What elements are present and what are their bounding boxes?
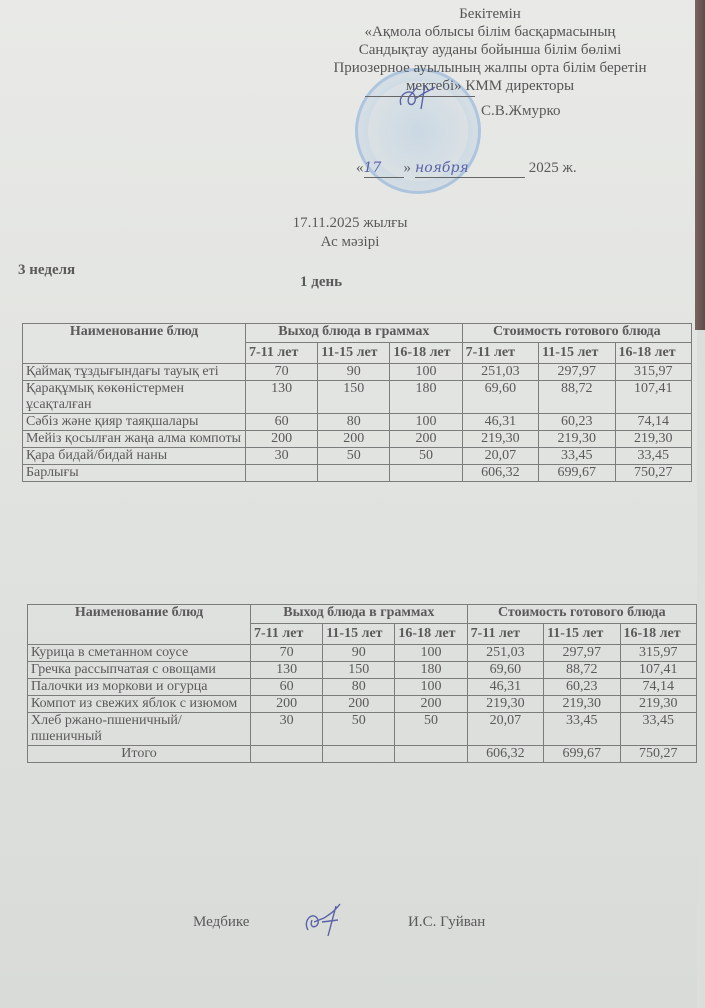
dish-name: Мейіз қосылған жаңа алма компоты	[23, 431, 246, 448]
approval-line: мектебі» КММ директоры	[280, 77, 700, 95]
table-row: Хлеб ржано-пшеничный/пшеничный30505020,0…	[28, 713, 697, 746]
column-header-price: Стоимость готового блюда	[467, 605, 696, 624]
total-price-cell: 699,67	[539, 465, 615, 482]
date-day-field: 17	[364, 160, 404, 178]
menu-table-kazakh: Наименование блюд Выход блюда в граммах …	[22, 323, 692, 482]
empty-cell	[395, 746, 467, 763]
price-cell: 60,23	[539, 414, 615, 431]
price-cell: 60,23	[544, 679, 620, 696]
price-cell: 219,30	[539, 431, 615, 448]
document-page	[0, 0, 697, 1008]
total-price-cell: 750,27	[620, 746, 696, 763]
weight-cell: 60	[251, 679, 323, 696]
price-cell: 107,41	[620, 662, 696, 679]
approval-line: «Ақмола облысы білім басқармасының	[280, 23, 700, 41]
weight-cell: 50	[323, 713, 395, 746]
weight-age-header: 11-15 лет	[323, 624, 395, 645]
price-cell: 297,97	[539, 364, 615, 381]
weight-cell: 80	[318, 414, 390, 431]
price-cell: 74,14	[620, 679, 696, 696]
price-age-header: 11-15 лет	[544, 624, 620, 645]
column-header-dish-name: Наименование блюд	[28, 605, 251, 645]
weight-cell: 130	[251, 662, 323, 679]
close-quote: »	[404, 160, 412, 176]
price-age-header: 7-11 лет	[467, 624, 543, 645]
weight-cell: 100	[395, 679, 467, 696]
total-label: Барлығы	[23, 465, 246, 482]
dish-name: Хлеб ржано-пшеничный/пшеничный	[28, 713, 251, 746]
nurse-signature-icon	[300, 900, 350, 940]
table-row: Гречка рассыпчатая с овощами13015018069,…	[28, 662, 697, 679]
weight-cell: 100	[390, 364, 462, 381]
price-cell: 20,07	[462, 448, 538, 465]
dish-name: Қарақұмық көкөністермен ұсақталған	[23, 381, 246, 414]
dish-name: Курица в сметанном соусе	[28, 645, 251, 662]
weight-cell: 70	[251, 645, 323, 662]
dish-name: Қаймақ тұздығындағы тауық еті	[23, 364, 246, 381]
director-signature-icon	[395, 83, 455, 111]
weight-cell: 90	[318, 364, 390, 381]
dish-name: Қара бидай/бидай наны	[23, 448, 246, 465]
table-row: Курица в сметанном соусе7090100251,03297…	[28, 645, 697, 662]
total-label: Итого	[28, 746, 251, 763]
weight-age-header: 11-15 лет	[318, 343, 390, 364]
weight-cell: 50	[395, 713, 467, 746]
weight-cell: 90	[323, 645, 395, 662]
price-age-header: 7-11 лет	[462, 343, 538, 364]
price-cell: 219,30	[620, 696, 696, 713]
dish-name: Гречка рассыпчатая с овощами	[28, 662, 251, 679]
total-price-cell: 606,32	[462, 465, 538, 482]
weight-cell: 150	[318, 381, 390, 414]
price-cell: 297,97	[544, 645, 620, 662]
director-signature-line	[365, 96, 475, 97]
weight-cell: 200	[318, 431, 390, 448]
price-cell: 33,45	[539, 448, 615, 465]
weight-cell: 70	[246, 364, 318, 381]
menu-date: 17.11.2025 жылғы	[200, 214, 500, 233]
weight-age-header: 16-18 лет	[395, 624, 467, 645]
table-row: Компот из свежих яблок с изюмом200200200…	[28, 696, 697, 713]
approval-date: «17»ноября 2025 ж.	[356, 160, 577, 178]
price-cell: 46,31	[467, 679, 543, 696]
open-quote: «	[356, 160, 364, 176]
menu-table-russian: Наименование блюд Выход блюда в граммах …	[27, 604, 697, 763]
weight-cell: 200	[395, 696, 467, 713]
weight-cell: 180	[390, 381, 462, 414]
weight-cell: 80	[323, 679, 395, 696]
week-label: 3 неделя	[18, 262, 75, 279]
approval-line: Сандықтау ауданы бойынша білім бөлімі	[280, 41, 700, 59]
column-header-weight: Выход блюда в граммах	[246, 324, 463, 343]
price-cell: 251,03	[467, 645, 543, 662]
column-header-dish-name: Наименование блюд	[23, 324, 246, 364]
total-row: Итого606,32699,67750,27	[28, 746, 697, 763]
menu-title: Ас мәзірі	[200, 233, 500, 252]
date-day-handwritten: 17	[364, 160, 382, 176]
title-block: 17.11.2025 жылғы Ас мәзірі	[200, 214, 500, 252]
dish-name: Компот из свежих яблок с изюмом	[28, 696, 251, 713]
date-year: 2025 ж.	[529, 160, 577, 176]
column-header-weight: Выход блюда в граммах	[251, 605, 468, 624]
day-label: 1 день	[300, 274, 342, 291]
price-cell: 315,97	[620, 645, 696, 662]
total-price-cell: 699,67	[544, 746, 620, 763]
date-month-field: ноября	[415, 160, 525, 178]
director-name: С.В.Жмурко	[481, 103, 560, 120]
nurse-label: Медбике	[193, 914, 249, 931]
weight-cell: 100	[390, 414, 462, 431]
price-cell: 219,30	[544, 696, 620, 713]
weight-cell: 30	[251, 713, 323, 746]
price-cell: 88,72	[539, 381, 615, 414]
empty-cell	[390, 465, 462, 482]
weight-cell: 200	[251, 696, 323, 713]
price-cell: 20,07	[467, 713, 543, 746]
weight-cell: 30	[246, 448, 318, 465]
price-cell: 46,31	[462, 414, 538, 431]
total-price-cell: 606,32	[467, 746, 543, 763]
price-age-header: 16-18 лет	[620, 624, 696, 645]
price-cell: 251,03	[462, 364, 538, 381]
weight-age-header: 7-11 лет	[251, 624, 323, 645]
dish-name: Сәбіз және қияр таяқшалары	[23, 414, 246, 431]
price-cell: 33,45	[544, 713, 620, 746]
empty-cell	[323, 746, 395, 763]
weight-cell: 130	[246, 381, 318, 414]
total-price-cell: 750,27	[615, 465, 691, 482]
total-row: Барлығы606,32699,67750,27	[23, 465, 692, 482]
price-cell: 219,30	[467, 696, 543, 713]
table-row: Қара бидай/бидай наны30505020,0733,4533,…	[23, 448, 692, 465]
weight-cell: 100	[395, 645, 467, 662]
price-cell: 74,14	[615, 414, 691, 431]
table-row: Қаймақ тұздығындағы тауық еті7090100251,…	[23, 364, 692, 381]
price-cell: 88,72	[544, 662, 620, 679]
weight-cell: 200	[246, 431, 318, 448]
price-cell: 69,60	[462, 381, 538, 414]
weight-cell: 180	[395, 662, 467, 679]
weight-cell: 200	[390, 431, 462, 448]
empty-cell	[246, 465, 318, 482]
weight-cell: 200	[323, 696, 395, 713]
price-cell: 219,30	[462, 431, 538, 448]
nurse-name: И.С. Гуйван	[408, 914, 485, 931]
price-age-header: 11-15 лет	[539, 343, 615, 364]
price-cell: 69,60	[467, 662, 543, 679]
table-row: Қарақұмық көкөністермен ұсақталған130150…	[23, 381, 692, 414]
weight-age-header: 7-11 лет	[246, 343, 318, 364]
weight-cell: 50	[390, 448, 462, 465]
column-header-price: Стоимость готового блюда	[462, 324, 691, 343]
weight-age-header: 16-18 лет	[390, 343, 462, 364]
price-cell: 33,45	[615, 448, 691, 465]
price-cell: 315,97	[615, 364, 691, 381]
weight-cell: 60	[246, 414, 318, 431]
price-age-header: 16-18 лет	[615, 343, 691, 364]
table-row: Мейіз қосылған жаңа алма компоты20020020…	[23, 431, 692, 448]
date-month-handwritten: ноября	[415, 160, 469, 176]
price-cell: 33,45	[620, 713, 696, 746]
empty-cell	[318, 465, 390, 482]
price-cell: 107,41	[615, 381, 691, 414]
weight-cell: 50	[318, 448, 390, 465]
table-row: Палочки из моркови и огурца608010046,316…	[28, 679, 697, 696]
weight-cell: 150	[323, 662, 395, 679]
price-cell: 219,30	[615, 431, 691, 448]
approval-line: Приозерное ауылының жалпы орта білім бер…	[280, 59, 700, 77]
table-row: Сәбіз және қияр таяқшалары608010046,3160…	[23, 414, 692, 431]
approval-block: Бекітемін «Ақмола облысы білім басқармас…	[280, 5, 700, 95]
approval-line: Бекітемін	[280, 5, 700, 23]
empty-cell	[251, 746, 323, 763]
dish-name: Палочки из моркови и огурца	[28, 679, 251, 696]
